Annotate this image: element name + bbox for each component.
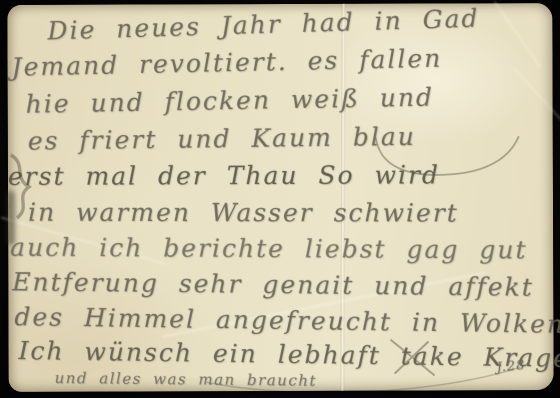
swash-underline	[376, 136, 519, 175]
handwriting-block: Die neues Jahr had in Gad Jemand revolti…	[7, 3, 553, 392]
zigzag-flourish	[11, 155, 29, 218]
postcard: Die neues Jahr had in Gad Jemand revolti…	[7, 3, 553, 392]
scan-background: Die neues Jahr had in Gad Jemand revolti…	[0, 0, 560, 398]
pencil-flourishes	[7, 3, 553, 392]
cross-stroke	[390, 339, 434, 375]
bottom-sweep	[207, 367, 521, 392]
